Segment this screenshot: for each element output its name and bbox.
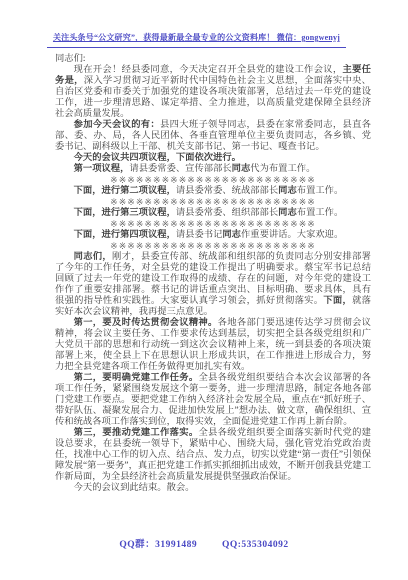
bold-text-run: 同志 bbox=[222, 230, 241, 240]
text-run: 同志们: bbox=[55, 54, 85, 64]
bold-text-run: 同志 bbox=[278, 186, 297, 196]
bold-text-run: 下面，进行第四项议程， bbox=[74, 230, 176, 240]
bold-text-run: 第二，要明确党建工作任务。 bbox=[74, 373, 199, 383]
text-run: 现在开会！经县委同意，今天决定召开全县党的建设工作会议， bbox=[74, 65, 343, 75]
paragraph: 今天的会议到此结束。散会。 bbox=[55, 483, 371, 494]
paragraph: 第一项议程，请县委常委、宣传部部长同志代为布置工作。 bbox=[55, 164, 371, 175]
bold-text-run: 第三，要推动党建工作落实。 bbox=[74, 428, 199, 438]
header-banner-text: 关注头条号“公文研究”，获得最新最全最专业的公文资料库！ 微信：gongweny… bbox=[53, 33, 340, 42]
qq-number: QQ:535304092 bbox=[222, 540, 289, 550]
text-run: 请县委常委、组织部部长 bbox=[176, 208, 278, 218]
separator-row: ※※※※※※※※※※※※※※※※※※※※※※※※ bbox=[55, 241, 371, 252]
separator-row: ※※※※※※※※※※※※※※※※※※※※※※※※ bbox=[55, 219, 371, 230]
bold-text-run: 同志 bbox=[232, 164, 251, 174]
bold-text-run: 参加今天会议的有： bbox=[74, 120, 160, 130]
paragraph: 同志们，刚才，县委宣传部、统战部和组织部的负责同志分别安排部署了今年的工作任务，… bbox=[55, 252, 371, 318]
text-run: 作重要讲话。大家欢迎。 bbox=[241, 230, 343, 240]
text-run: 请县委书记 bbox=[176, 230, 223, 240]
footer-contacts: QQ群：31991489 QQ:535304092 bbox=[0, 536, 408, 550]
paragraph: 下面，进行第三项议程，请县委常委、组织部部长同志布置工作。 bbox=[55, 208, 371, 219]
paragraph: 第一，要及时传达贯彻会议精神。各地各部门要迅速传达学习贯彻会议精神，将会议主要任… bbox=[55, 318, 371, 373]
bold-text-run: 第一，要及时传达贯彻会议精神。 bbox=[74, 318, 218, 328]
paragraph: 第二，要明确党建工作任务。全县各级党组织要结合本次会议部署的各项工作任务，紧紧围… bbox=[55, 373, 371, 428]
text-run: 请县委常委、宣传部部长 bbox=[129, 164, 231, 174]
qq-group-number: QQ群：31991489 bbox=[119, 540, 197, 550]
paragraph: 下面，进行第二项议程，请县委常委、统战部部长同志布置工作。 bbox=[55, 186, 371, 197]
paragraph: 现在开会！经县委同意，今天决定召开全县党的建设工作会议，主要任务是，深入学习贯彻… bbox=[55, 65, 371, 120]
text-run: 深入学习贯彻习近平新时代中国特色社会主义思想，全面落实中央、自治区党委和市委关于… bbox=[55, 76, 371, 119]
document-body: 同志们:现在开会！经县委同意，今天决定召开全县党的建设工作会议，主要任务是，深入… bbox=[55, 54, 371, 494]
bold-text-run: 今天的会议共四项议程，下面依次进行。 bbox=[74, 153, 241, 163]
text-run: 布置工作。 bbox=[297, 186, 344, 196]
text-run: 布置工作。 bbox=[297, 208, 344, 218]
bold-text-run: 下面，进行第三项议程， bbox=[74, 208, 176, 218]
bold-text-run: 下面， bbox=[323, 296, 352, 306]
paragraph: 参加今天会议的有：县四大班子领导同志，县委在家常委同志，县直各部、委、办、局，各… bbox=[55, 120, 371, 153]
paragraph: 同志们: bbox=[55, 54, 371, 65]
text-run: 今天的会议到此结束。散会。 bbox=[74, 483, 195, 493]
bold-text-run: 同志 bbox=[278, 208, 297, 218]
header-banner: 关注头条号“公文研究”，获得最新最全最专业的公文资料库！ 微信：gongweny… bbox=[47, 27, 346, 48]
paragraph: 第三，要推动党建工作落实。全县各级党组织要全面落实新时代党的建设总要求，在县委统… bbox=[55, 428, 371, 483]
bold-text-run: 下面，进行第二项议程， bbox=[74, 186, 176, 196]
paragraph: 下面，进行第四项议程，请县委书记同志作重要讲话。大家欢迎。 bbox=[55, 230, 371, 241]
separator-row: ※※※※※※※※※※※※※※※※※※※※※※※※ bbox=[55, 175, 371, 186]
separator-row: ※※※※※※※※※※※※※※※※※※※※※※※※ bbox=[55, 197, 371, 208]
paragraph: 今天的会议共四项议程，下面依次进行。 bbox=[55, 153, 371, 164]
bold-text-run: 第一项议程， bbox=[74, 164, 130, 174]
bold-text-run: 同志们， bbox=[74, 252, 112, 262]
document-page: 关注头条号“公文研究”，获得最新最全最专业的公文资料库！ 微信：gongweny… bbox=[0, 0, 408, 580]
text-run: 请县委常委、统战部部长 bbox=[176, 186, 278, 196]
text-run: 代为布置工作。 bbox=[250, 164, 315, 174]
